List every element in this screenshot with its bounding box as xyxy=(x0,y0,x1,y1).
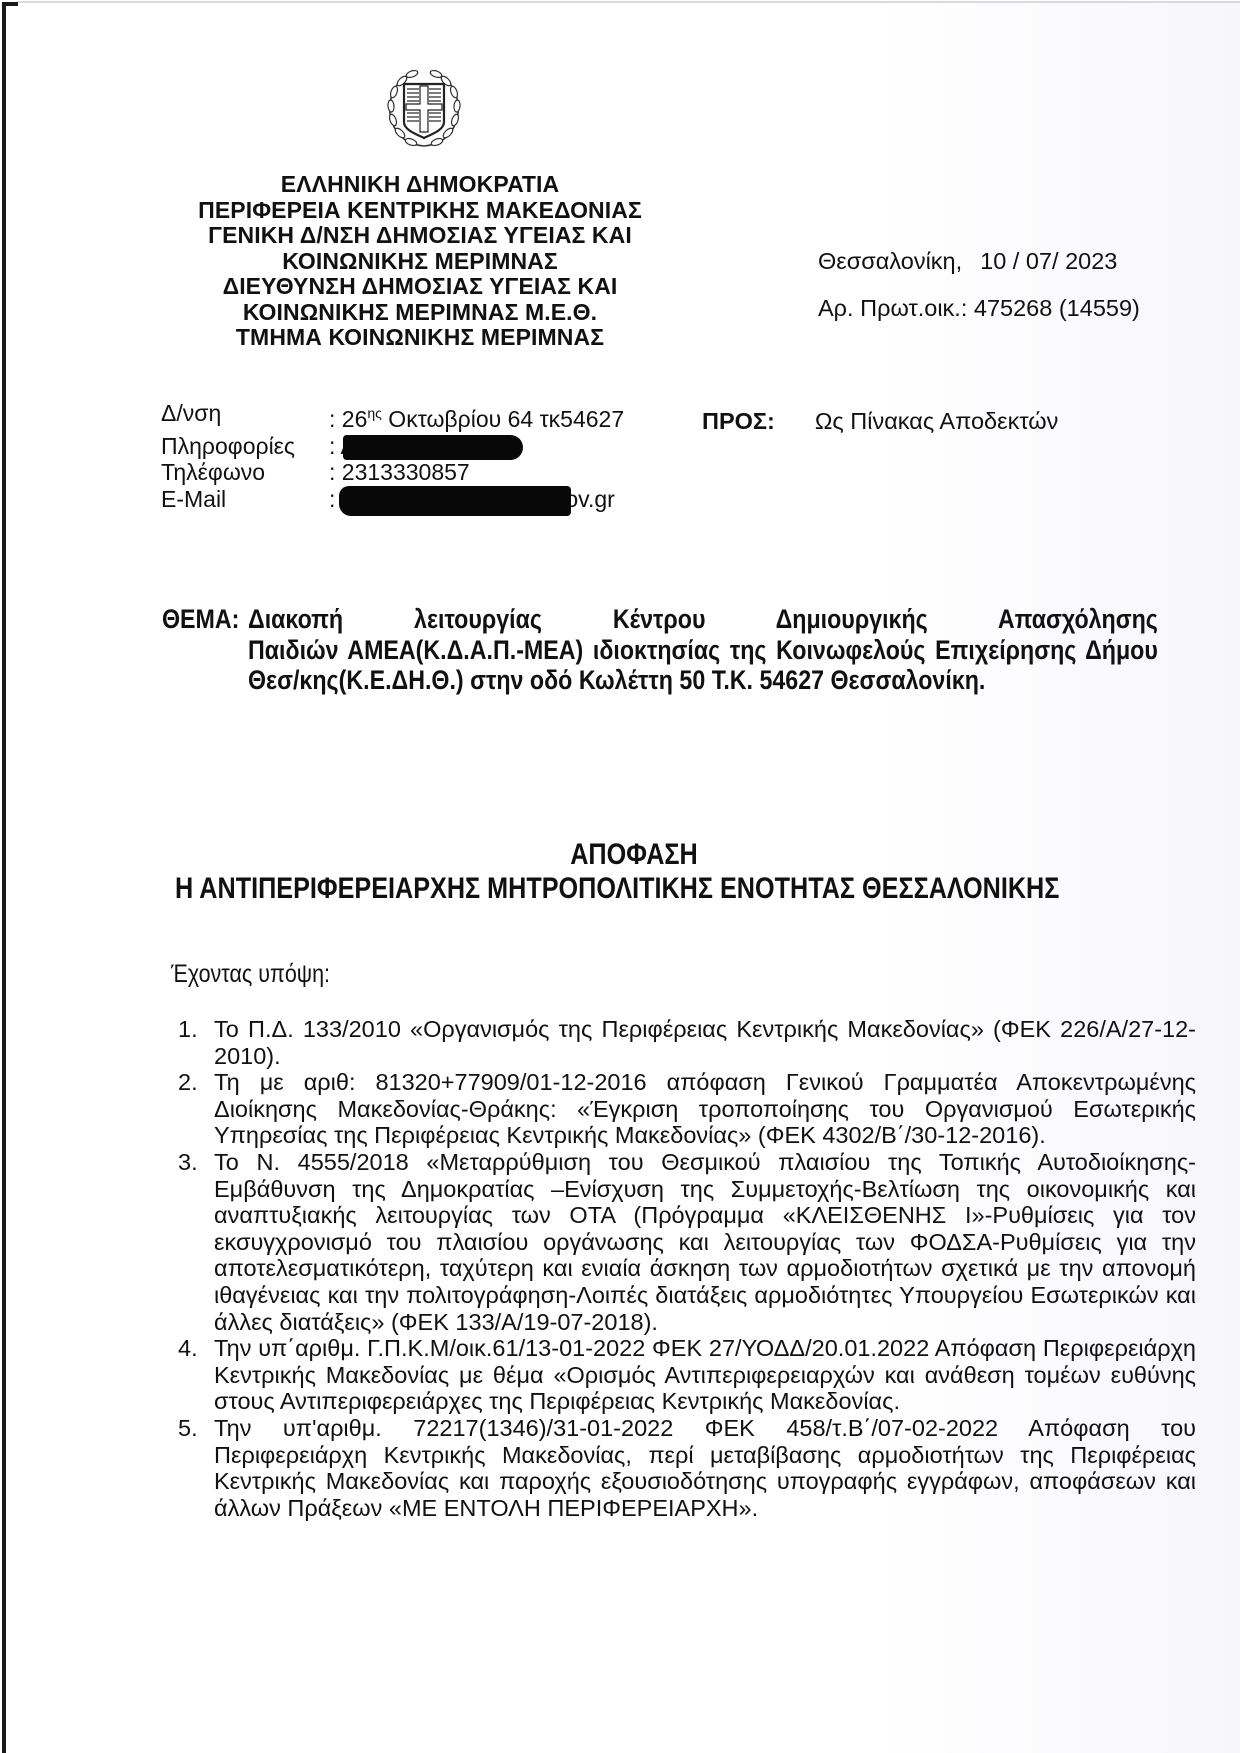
date-line: Θεσσαλονίκη,10 / 07/ 2023 xyxy=(818,238,1140,285)
decision-subtitle: Η ΑΝΤΙΠΕΡΙΦΕΡΕΙΑΡΧΗΣ ΜΗΤΡΟΠΟΛΙΤΙΚΗΣ ΕΝΟΤ… xyxy=(130,872,1104,906)
item-number: 1. xyxy=(178,1016,214,1069)
decision-heading: ΑΠΟΦΑΣΗ Η ΑΝΤΙΠΕΡΙΦΕΡΕΙΑΡΧΗΣ ΜΗΤΡΟΠΟΛΙΤΙ… xyxy=(130,838,1104,906)
authority-line: ΓΕΝΙΚΗ Δ/ΝΣΗ ΔΗΜΟΣΙΑΣ ΥΓΕΙΑΣ ΚΑΙ xyxy=(160,223,680,249)
scan-edge-left xyxy=(2,2,6,1753)
scan-edge-corner xyxy=(2,2,18,6)
consideration-item: 5. Την υπ'αριθμ. 72217(1346)/31-01-2022 … xyxy=(178,1415,1196,1521)
authority-line: ΕΛΛΗΝΙΚΗ ΔΗΜΟΚΡΑΤΙΑ xyxy=(160,172,680,198)
consideration-item: 4. Την υπ΄αριθμ. Γ.Π.Κ.Μ/οικ.61/13-01-20… xyxy=(178,1335,1196,1415)
phone-row: Τηλέφωνο : 2313330857 xyxy=(161,459,624,486)
item-number: 3. xyxy=(178,1149,214,1335)
ordinal-suffix: ης xyxy=(367,405,382,421)
item-text: Τη με αριθ: 81320+77909/01-12-2016 απόφα… xyxy=(214,1069,1196,1149)
address-value: : 26ης Οκτωβρίου 64 τκ54627 xyxy=(329,400,624,433)
subject-text: Παιδιών ΑΜΕΑ(Κ.Δ.Α.Π.-ΜΕΑ) ιδιοκτησίας τ… xyxy=(162,635,1158,696)
considering-label: Έχοντας υπόψη: xyxy=(171,960,330,989)
address-row: Δ/νση : 26ης Οκτωβρίου 64 τκ54627 xyxy=(161,400,624,433)
item-text: Την υπ΄αριθμ. Γ.Π.Κ.Μ/οικ.61/13-01-2022 … xyxy=(214,1335,1196,1415)
item-text: Την υπ'αριθμ. 72217(1346)/31-01-2022 ΦΕΚ… xyxy=(214,1415,1196,1521)
recipient: ΠΡΟΣ:Ως Πίνακας Αποδεκτών xyxy=(702,408,1058,435)
item-number: 4. xyxy=(178,1335,214,1415)
address-label: Δ/νση xyxy=(161,400,329,433)
subject-first-line: Διακοπή λειτουργίας Κέντρου Δημιουργικής… xyxy=(248,604,1158,635)
recipient-label: ΠΡΟΣ: xyxy=(702,408,775,434)
protocol-label: Αρ. Πρωτ.οικ.: xyxy=(818,295,967,321)
info-label: Πληροφορίες xyxy=(161,433,329,460)
item-number: 2. xyxy=(178,1069,214,1149)
decision-title: ΑΠΟΦΑΣΗ xyxy=(130,838,1104,872)
consideration-item: 3. Το Ν. 4555/2018 «Μεταρρύθμιση του Θεσ… xyxy=(178,1149,1196,1335)
consideration-item: 2. Τη με αριθ: 81320+77909/01-12-2016 απ… xyxy=(178,1069,1196,1149)
authority-line: ΚΟΙΝΩΝΙΚΗΣ ΜΕΡΙΜΝΑΣ xyxy=(160,249,680,275)
contact-details: Δ/νση : 26ης Οκτωβρίου 64 τκ54627 Πληροφ… xyxy=(161,400,624,512)
protocol-number: 475268 (14559) xyxy=(974,295,1140,321)
date: 10 / 07/ 2023 xyxy=(980,248,1117,274)
item-text: Το Π.Δ. 133/2010 «Οργανισμός της Περιφέρ… xyxy=(214,1016,1196,1069)
issuing-authority: ΕΛΛΗΝΙΚΗ ΔΗΜΟΚΡΑΤΙΑ ΠΕΡΙΦΕΡΕΙΑ ΚΕΝΤΡΙΚΗΣ… xyxy=(160,172,680,351)
item-number: 5. xyxy=(178,1415,214,1521)
place: Θεσσαλονίκη, xyxy=(818,248,962,274)
subject-label: ΘΕΜΑ: xyxy=(162,604,248,635)
date-protocol-block: Θεσσαλονίκη,10 / 07/ 2023 Αρ. Πρωτ.οικ.:… xyxy=(818,238,1140,332)
recipient-value: Ως Πίνακας Αποδεκτών xyxy=(815,408,1059,434)
email-colon: : xyxy=(329,486,335,512)
email-label: E-Mail xyxy=(161,486,329,513)
email-value: :ov.gr xyxy=(329,486,615,513)
address-street: Οκτωβρίου 64 τκ54627 xyxy=(382,406,624,432)
info-value: : Α xyxy=(329,433,356,460)
greek-coat-of-arms-icon xyxy=(384,64,464,152)
phone-value: : 2313330857 xyxy=(329,459,470,486)
authority-line: ΚΟΙΝΩΝΙΚΗΣ ΜΕΡΙΜΝΑΣ Μ.Ε.Θ. xyxy=(160,300,680,326)
subject: ΘΕΜΑ: Διακοπή λειτουργίας Κέντρου Δημιου… xyxy=(162,604,1158,696)
email-row: E-Mail :ov.gr xyxy=(161,486,624,513)
item-text: Το Ν. 4555/2018 «Μεταρρύθμιση του Θεσμικ… xyxy=(214,1149,1196,1335)
scan-edge-top xyxy=(18,1,1240,3)
authority-line: ΔΙΕΥΘΥΝΣΗ ΔΗΜΟΣΙΑΣ ΥΓΕΙΑΣ ΚΑΙ xyxy=(160,274,680,300)
authority-line: ΠΕΡΙΦΕΡΕΙΑ ΚΕΝΤΡΙΚΗΣ ΜΑΚΕΔΟΝΙΑΣ xyxy=(160,198,680,224)
email-redaction xyxy=(339,486,571,516)
info-redaction xyxy=(343,435,523,460)
authority-line: ΤΜΗΜΑ ΚΟΙΝΩΝΙΚΗΣ ΜΕΡΙΜΝΑΣ xyxy=(160,325,680,351)
consideration-item: 1. Το Π.Δ. 133/2010 «Οργανισμός της Περι… xyxy=(178,1016,1196,1069)
phone-label: Τηλέφωνο xyxy=(161,459,329,486)
considerations-list: 1. Το Π.Δ. 133/2010 «Οργανισμός της Περι… xyxy=(178,1016,1196,1521)
protocol-line: Αρ. Πρωτ.οικ.: 475268 (14559) xyxy=(818,285,1140,332)
info-row: Πληροφορίες : Α xyxy=(161,433,624,460)
email-domain-suffix: ov.gr xyxy=(565,486,614,512)
address-number: : 26 xyxy=(329,406,367,432)
